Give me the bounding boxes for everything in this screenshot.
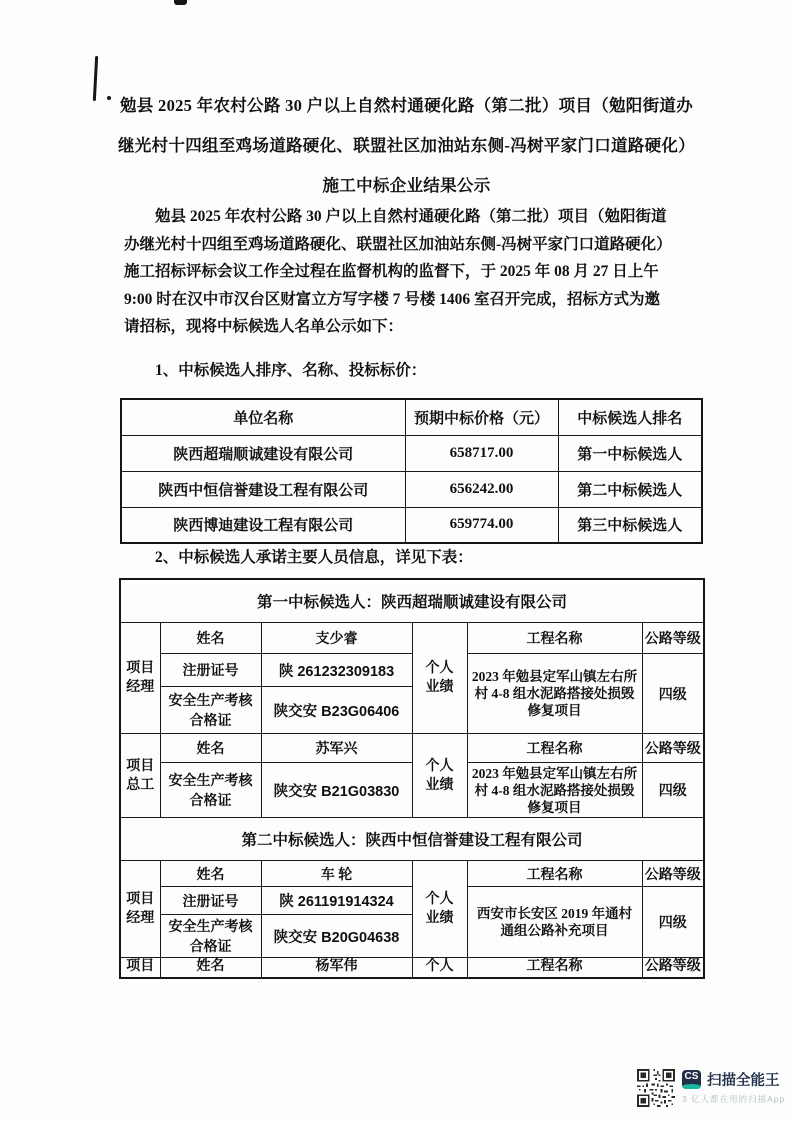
document-title: 勉县 2025 年农村公路 30 户以上自然村通硬化路（第二批）项目（勉阳街道办…: [60, 86, 753, 206]
body-paragraph: 勉县 2025 年农村公路 30 户以上自然村通硬化路（第二批）项目（勉阳街道 …: [124, 203, 690, 341]
table-row: 项目经理 姓名 支少睿 个人业绩 工程名称 公路等级: [120, 623, 704, 654]
project-name-label: 工程名称: [467, 734, 642, 763]
candidate1-header: 第一中标候选人：陕西超瑞顺诚建设有限公司: [120, 579, 704, 623]
paragraph-line: 9:00 时在汉中市汉台区财富立方写字楼 7 号楼 1406 室召开完成，招标方…: [124, 286, 690, 314]
column-header-rank: 中标候选人排名: [558, 399, 702, 435]
column-header-price: 预期中标价格（元）: [405, 399, 558, 435]
candidate1-header-row: 第一中标候选人：陕西超瑞顺诚建设有限公司: [120, 579, 704, 623]
name-label: 姓名: [160, 861, 261, 887]
role-label: 项目经理: [120, 623, 160, 734]
table-row: 项目总工 姓名 苏军兴 个人业绩 工程名称 公路等级: [120, 734, 704, 763]
section2-heading: 2、中标候选人承诺主要人员信息，详见下表：: [155, 545, 473, 567]
paragraph-line: 勉县 2025 年农村公路 30 户以上自然村通硬化路（第二批）项目（勉阳街道: [124, 203, 690, 231]
performance-label: 个人业绩: [412, 623, 467, 734]
name-label: 姓名: [160, 623, 261, 654]
role-label-partial: 项目: [120, 958, 160, 978]
scanned-document-page: 勉县 2025 年农村公路 30 户以上自然村通硬化路（第二批）项目（勉阳街道办…: [0, 0, 793, 1122]
role-label: 项目总工: [120, 734, 160, 818]
reg-no-value: 陕 261191914324: [261, 887, 412, 915]
title-line-2: 继光村十四组至鸡场道路硬化、联盟社区加油站东侧-冯树平家门口道路硬化）: [60, 126, 753, 166]
project-value: 西安市长安区 2019 年通村通组公路补充项目: [467, 887, 642, 958]
road-grade-label: 公路等级: [642, 861, 704, 887]
person-name: 苏军兴: [261, 734, 412, 763]
logo-text: CS: [685, 1070, 699, 1084]
bid-result-table: 单位名称 预期中标价格（元） 中标候选人排名 陕西超瑞顺诚建设有限公司 6587…: [120, 398, 703, 544]
performance-label-partial: 个人: [412, 958, 467, 978]
company-name: 陕西中恒信誉建设工程有限公司: [121, 471, 405, 507]
title-line-1: 勉县 2025 年农村公路 30 户以上自然村通硬化路（第二批）项目（勉阳街道办: [60, 86, 753, 126]
qr-code-icon: [637, 1069, 675, 1107]
performance-label: 个人业绩: [412, 861, 467, 958]
table-row: 项目经理 姓名 车 轮 个人业绩 工程名称 公路等级: [120, 861, 704, 887]
safety-cert-label: 安全生产考核合格证: [160, 687, 261, 734]
performance-label: 个人业绩: [412, 734, 467, 818]
safety-cert-label: 安全生产考核合格证: [160, 915, 261, 958]
name-label: 姓名: [160, 958, 261, 978]
safety-cert-value: 陕交安 B21G03830: [261, 763, 412, 818]
table-row: 陕西博迪建设工程有限公司 659774.00 第三中标候选人: [121, 507, 702, 543]
section1-heading: 1、中标候选人排序、名称、投标标价：: [155, 358, 426, 380]
road-grade-label: 公路等级: [642, 623, 704, 654]
safety-cert-value: 陕交安 B20G04638: [261, 915, 412, 958]
company-name: 陕西博迪建设工程有限公司: [121, 507, 405, 543]
person-name: 支少睿: [261, 623, 412, 654]
ink-mark-top: [174, 0, 187, 5]
paragraph-line: 办继光村十四组至鸡场道路硬化、联盟社区加油站东侧-冯树平家门口道路硬化）: [124, 231, 690, 259]
safety-cert-label: 安全生产考核合格证: [160, 763, 261, 818]
role-label: 项目经理: [120, 861, 160, 958]
project-name-label: 工程名称: [467, 623, 642, 654]
brand-tagline: 3 亿人都在用的扫描App: [682, 1093, 785, 1105]
personnel-table: 第一中标候选人：陕西超瑞顺诚建设有限公司 项目经理 姓名 支少睿 个人业绩 工程…: [119, 578, 705, 979]
person-name: 车 轮: [261, 861, 412, 887]
logo-swoosh: [682, 1084, 701, 1089]
candidate-rank: 第一中标候选人: [558, 435, 702, 471]
candidate-rank: 第二中标候选人: [558, 471, 702, 507]
project-name-label: 工程名称: [467, 958, 642, 978]
bid-price: 659774.00: [405, 507, 558, 543]
camscanner-logo-icon: CS: [682, 1070, 701, 1089]
project-value: 2023 年勉县定军山镇左右所村 4-8 组水泥路搭接处损毁修复项目: [467, 763, 642, 818]
project-name-label: 工程名称: [467, 861, 642, 887]
road-grade-value: 四级: [642, 763, 704, 818]
bid-price: 658717.00: [405, 435, 558, 471]
paragraph-line: 请招标，现将中标候选人名单公示如下：: [124, 313, 690, 341]
candidate-rank: 第三中标候选人: [558, 507, 702, 543]
candidate2-header: 第二中标候选人：陕西中恒信誉建设工程有限公司: [120, 818, 704, 861]
bid-price: 656242.00: [405, 471, 558, 507]
road-grade-value: 四级: [642, 887, 704, 958]
road-grade-label: 公路等级: [642, 734, 704, 763]
project-value: 2023 年勉县定军山镇左右所村 4-8 组水泥路搭接处损毁修复项目: [467, 654, 642, 734]
brand-name: 扫描全能王: [707, 1069, 780, 1090]
safety-cert-value: 陕交安 B23G06406: [261, 687, 412, 734]
name-label: 姓名: [160, 734, 261, 763]
table-row: 陕西中恒信誉建设工程有限公司 656242.00 第二中标候选人: [121, 471, 702, 507]
candidate2-header-row: 第二中标候选人：陕西中恒信誉建设工程有限公司: [120, 818, 704, 861]
camscanner-watermark: CS 扫描全能王 3 亿人都在用的扫描App: [637, 1069, 785, 1107]
road-grade-value: 四级: [642, 654, 704, 734]
reg-no-label: 注册证号: [160, 654, 261, 687]
paragraph-line: 施工招标评标会议工作全过程在监督机构的监督下，于 2025 年 08 月 27 …: [124, 258, 690, 286]
bid-table-header-row: 单位名称 预期中标价格（元） 中标候选人排名: [121, 399, 702, 435]
person-name: 杨军伟: [261, 958, 412, 978]
title-line-3: 施工中标企业结果公示: [60, 166, 753, 206]
road-grade-label: 公路等级: [642, 958, 704, 978]
table-row-truncated: 项目 姓名 杨军伟 个人 工程名称 公路等级: [120, 958, 704, 978]
company-name: 陕西超瑞顺诚建设有限公司: [121, 435, 405, 471]
table-row: 陕西超瑞顺诚建设有限公司 658717.00 第一中标候选人: [121, 435, 702, 471]
reg-no-label: 注册证号: [160, 887, 261, 915]
column-header-company: 单位名称: [121, 399, 405, 435]
reg-no-value: 陕 261232309183: [261, 654, 412, 687]
